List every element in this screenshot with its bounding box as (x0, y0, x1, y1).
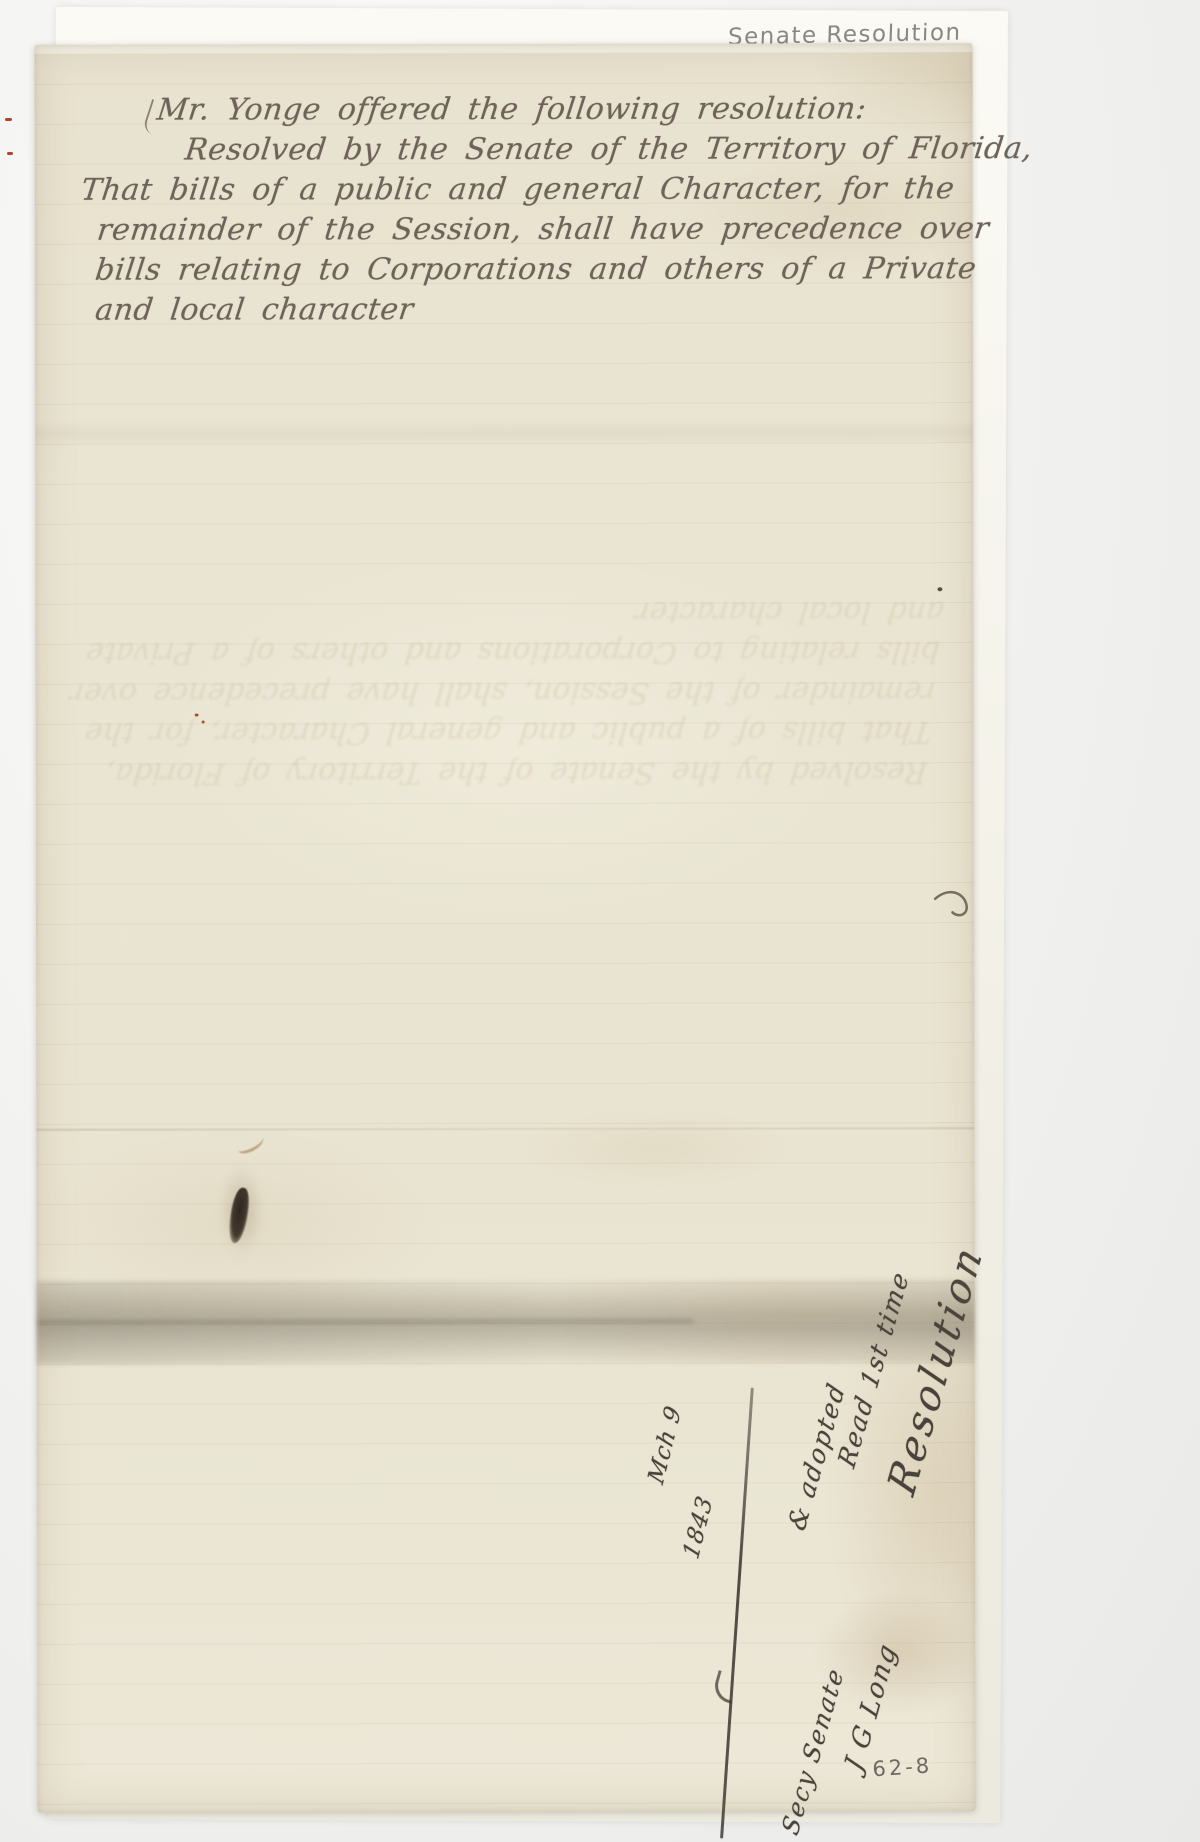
document-scan: Senate Resolution Mr. Yonge offered the … (0, 0, 1200, 1842)
paper-vignette (34, 43, 975, 1813)
edge-red-mark (7, 152, 13, 155)
document-page: Mr. Yonge offered the following resoluti… (34, 43, 975, 1813)
edge-red-mark (5, 118, 12, 121)
